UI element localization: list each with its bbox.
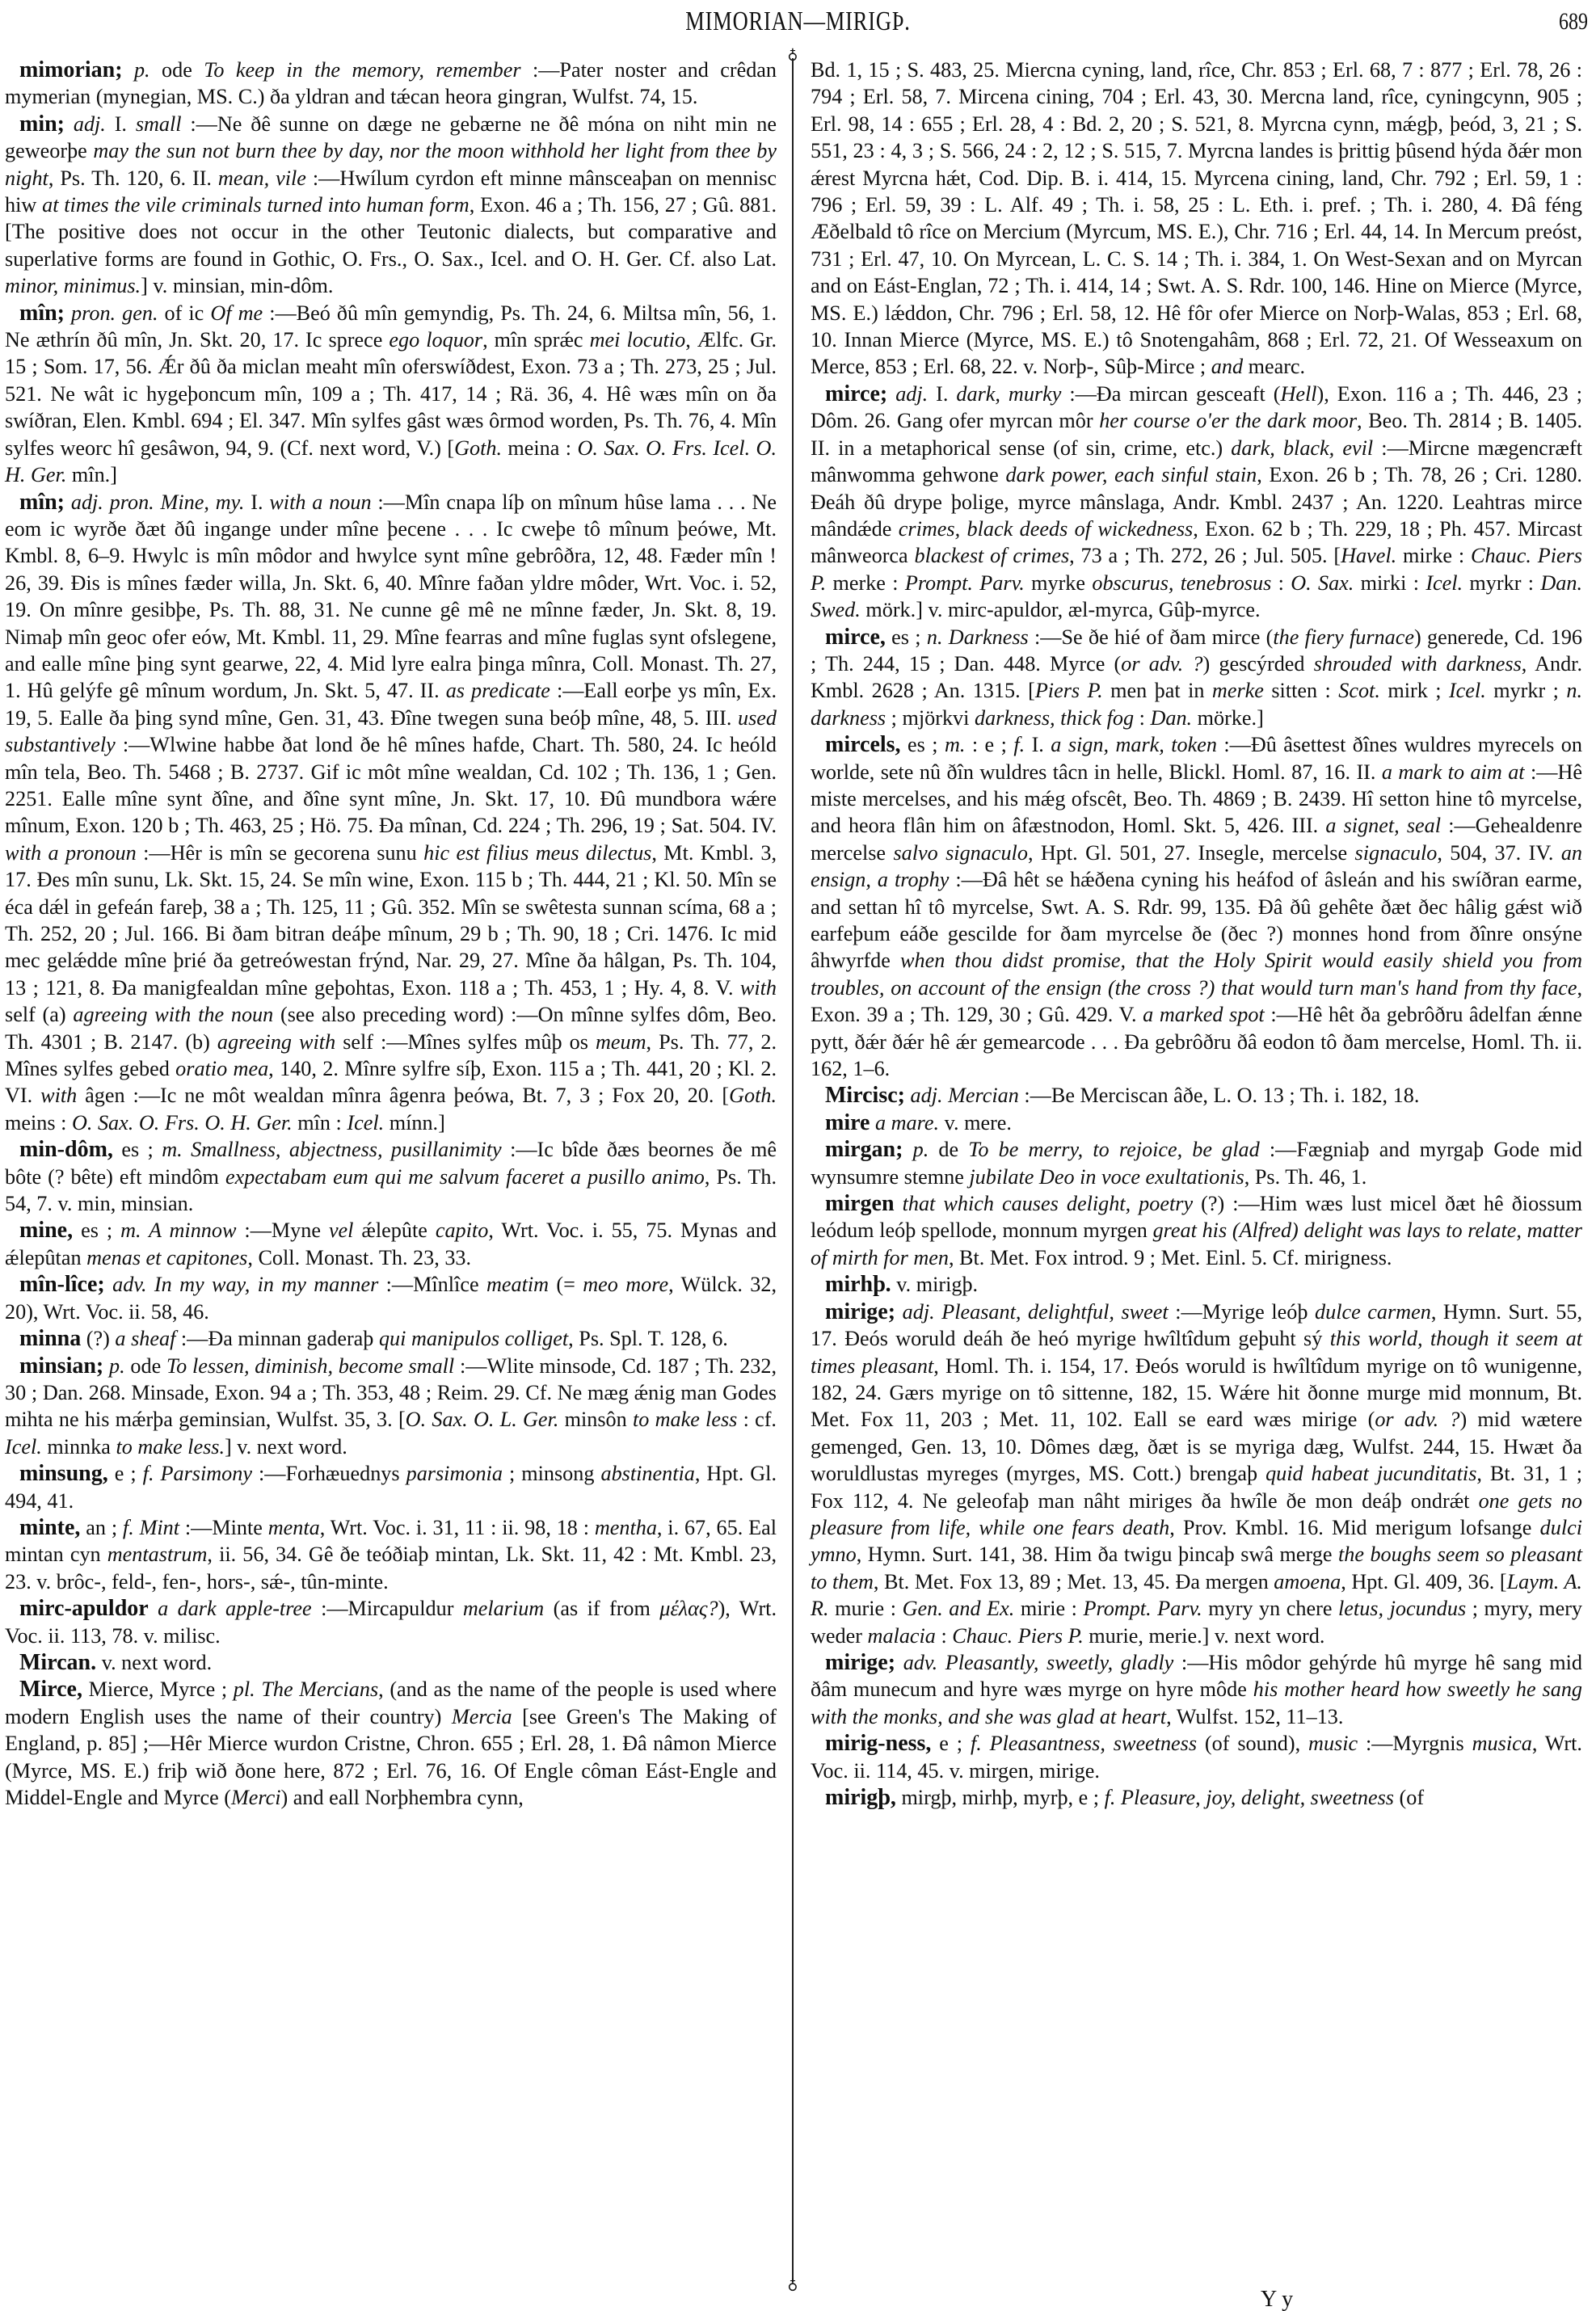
entry-text [887, 382, 895, 406]
entry-text [65, 490, 71, 514]
entry-text: myry yn chere [1202, 1597, 1338, 1620]
dictionary-entry: mircels, es ; m. : e ; f. I. a sign, mar… [811, 731, 1582, 1082]
entry-text: mirgþ, mirhþ, myrþ, e ; [896, 1786, 1105, 1809]
dictionary-entry: Mircisc; adj. Mercian :—Be Merciscan âðe… [811, 1082, 1582, 1109]
italic-gloss: Prompt. Parv. [905, 571, 1025, 595]
entry-text: I. [928, 382, 956, 406]
italic-gloss: a dark apple-tree [158, 1597, 312, 1620]
italic-gloss: music [1308, 1732, 1358, 1755]
italic-gloss: Mercia [452, 1705, 512, 1728]
italic-gloss: oratio mea [175, 1057, 268, 1080]
italic-gloss: quid habeat jucunditatis [1265, 1462, 1476, 1485]
italic-gloss: qui manipulos colliget [379, 1327, 568, 1350]
italic-gloss: to make less [633, 1408, 737, 1431]
entry-text: :—Wlwine habbe ðat lond ðe hê mînes hafd… [5, 733, 777, 837]
italic-gloss: Icel. [5, 1435, 42, 1459]
entry-text: es ; [113, 1138, 162, 1161]
italic-gloss: the fiery furnace [1273, 625, 1414, 649]
entry-text: de [929, 1138, 968, 1161]
italic-gloss: To lessen, diminish, become small [166, 1354, 454, 1378]
headword: mirc-apuldor [19, 1596, 149, 1621]
entry-text: sitten : [1264, 679, 1338, 702]
entry-text: :—Mircapuldur [312, 1597, 463, 1620]
entry-text: (as if from [544, 1597, 659, 1620]
italic-gloss: crimes, black deeds of wickedness [899, 517, 1193, 541]
entry-text [149, 1597, 158, 1620]
signature-mark: Y y [1261, 2287, 1293, 2311]
italic-gloss: adj. pron. Mine, my. [71, 490, 245, 514]
entry-text: , Hpt. Gl. 409, 36. [ [1341, 1570, 1506, 1593]
dictionary-entry: Mirce, Mierce, Myrce ; pl. The Mercians,… [5, 1676, 777, 1811]
entry-text: :—Ða mircan gesceaft ( [1061, 382, 1280, 406]
italic-gloss: obscurus, tenebrosus [1092, 571, 1271, 595]
dictionary-entry: minte, an ; f. Mint :—Minte menta, Wrt. … [5, 1514, 777, 1595]
italic-gloss: p. [109, 1354, 125, 1378]
entry-text: :—Myrige leóþ [1169, 1300, 1315, 1324]
entry-text: , Hpt. Gl. 501, 27. Insegle, mercelse [1028, 841, 1355, 865]
entry-text: , Prov. Kmbl. 16. Mid merigum lofsange [1169, 1516, 1539, 1539]
left-column: mimorian; p. ode To keep in the memory, … [5, 57, 777, 1811]
italic-gloss: with [40, 1084, 77, 1107]
entry-text: Mierce, Myrce ; [82, 1677, 234, 1701]
entry-text: : [1271, 571, 1291, 595]
italic-gloss: pron. gen. [71, 301, 158, 325]
italic-gloss: m. A minnow [120, 1219, 236, 1242]
dictionary-entry: Mircan. v. next word. [5, 1649, 777, 1676]
headword: mirce; [825, 381, 887, 406]
headword: mirce, [825, 625, 886, 650]
italic-gloss: a sheaf [115, 1327, 175, 1350]
italic-gloss: Goth. [729, 1084, 777, 1107]
entry-text: es ; [73, 1219, 120, 1242]
entry-text: I. [1025, 733, 1051, 756]
headword: minsian; [19, 1353, 103, 1379]
right-column: Bd. 1, 15 ; S. 483, 25. Miercna cyning, … [811, 57, 1582, 1811]
italic-gloss: or adv. ? [1375, 1408, 1459, 1431]
entry-text: myrkr ; [1486, 679, 1567, 702]
italic-gloss: expectabam eum qui me salvum faceret a p… [225, 1165, 705, 1189]
entry-text: , Mt. Kmbl. 3, 17. Ðes mîn sunu, Lk. Skt… [5, 841, 777, 1000]
entry-text: mínn.] [384, 1111, 445, 1134]
dictionary-entry: mine, es ; m. A minnow :—Myne vel ǽlepût… [5, 1217, 777, 1271]
entry-text: myrke [1025, 571, 1093, 595]
entry-text: mörke.] [1192, 706, 1264, 730]
entry-text: , Wrt. Voc. i. 31, 11 : ii. 98, 18 : [320, 1516, 595, 1539]
headword: mîn; [19, 490, 65, 515]
italic-gloss: amoena [1274, 1570, 1341, 1593]
italic-gloss: Prompt. Parv. [1083, 1597, 1202, 1620]
italic-gloss: mentha [595, 1516, 657, 1539]
headword: mîn; [19, 301, 65, 326]
entry-text: , Bt. Met. Fox 13, 89 ; Met. 13, 45. Ða … [874, 1570, 1274, 1593]
entry-text: mirki : [1354, 571, 1425, 595]
entry-text: : [1134, 706, 1150, 730]
italic-gloss: Dan. [1150, 706, 1192, 730]
entry-text: âgen :—Ic ne môt wealdan mînra âgenra þe… [77, 1084, 729, 1107]
italic-gloss: malacia [868, 1624, 936, 1648]
page-number: 689 [1559, 8, 1588, 36]
italic-gloss: capito [436, 1219, 488, 1242]
entry-text: , Hymn. Surt. 141, 38. Him ða twigu þinc… [857, 1543, 1338, 1566]
italic-gloss: Goth. [454, 436, 502, 460]
italic-gloss: musica [1472, 1732, 1532, 1755]
entry-text: :—Mîn cnapa líþ on mînum hûse lama . . .… [5, 490, 777, 703]
entry-text: , Bt. Met. Fox introd. 9 ; Met. Einl. 5.… [949, 1246, 1392, 1269]
entry-text: :—Be Merciscan âðe, L. O. 13 ; Th. i. 18… [1019, 1084, 1420, 1107]
italic-gloss: Of me [210, 301, 263, 325]
italic-gloss: meum [596, 1030, 646, 1054]
italic-gloss: agreeing with the noun [73, 1003, 273, 1026]
entry-text: es ; [886, 625, 927, 649]
headword: mirige; [825, 1650, 895, 1675]
entry-text: v. mirigþ. [891, 1273, 978, 1296]
entry-text: mîn.] [66, 463, 117, 486]
italic-gloss: Gen. and Ex. [903, 1597, 1015, 1620]
entry-text: v. next word. [96, 1651, 212, 1674]
entry-text: , Wulfst. 152, 11–13. [1166, 1705, 1343, 1728]
headword: Mircan. [19, 1650, 96, 1675]
italic-gloss: with a pronoun [5, 841, 137, 865]
entry-text: of ic [158, 301, 211, 325]
headword: mirigþ, [825, 1785, 896, 1810]
entry-text: , Coll. Monast. Th. 23, 33. [247, 1246, 471, 1269]
entry-text: self (a) [5, 1003, 73, 1026]
headword: mirig-ness, [825, 1731, 931, 1756]
italic-gloss: f. Mint [123, 1516, 179, 1539]
italic-gloss: O. Sax. [1291, 571, 1354, 595]
entry-text: : e ; [965, 733, 1013, 756]
headword: mircels, [825, 732, 901, 757]
dictionary-entry: mirhþ. v. mirigþ. [811, 1271, 1582, 1298]
italic-gloss: letus, jocundus [1338, 1597, 1466, 1620]
italic-gloss: adv. Pleasantly, sweetly, gladly [903, 1651, 1174, 1674]
entry-text: merke : [826, 571, 905, 595]
entry-text: I. [244, 490, 269, 514]
dictionary-entry: mirigþ, mirgþ, mirhþ, myrþ, e ; f. Pleas… [811, 1784, 1582, 1811]
italic-gloss: signaculo [1355, 841, 1438, 865]
entry-text: :—Mînlîce [378, 1273, 486, 1296]
italic-gloss: vel [329, 1219, 354, 1242]
italic-gloss: that which causes delight, poetry [903, 1192, 1194, 1215]
headword: mirgen [825, 1191, 895, 1216]
italic-gloss: O. Sax. O. L. Ger. [406, 1408, 559, 1431]
italic-gloss: hic est filius meus dilectus [423, 841, 651, 865]
italic-gloss: minor, minimus. [5, 274, 141, 297]
entry-text: :—Forhæuednys [252, 1462, 406, 1485]
italic-gloss: salvo signaculo [893, 841, 1028, 865]
italic-gloss: m. Smallness, abjectness, pusillanimity [162, 1138, 501, 1161]
italic-gloss: pl. The Mercians [234, 1677, 378, 1701]
italic-gloss: agreeing with [217, 1030, 335, 1054]
italic-gloss: adv. In my way, in my manner [112, 1273, 378, 1296]
italic-gloss: adj. Mercian [911, 1084, 1019, 1107]
entry-text [65, 112, 74, 136]
dictionary-entry: mîn; pron. gen. of ic Of me :—Beó ðû mîn… [5, 300, 777, 489]
italic-gloss: dulce carmen [1315, 1300, 1431, 1324]
italic-gloss: adj. [74, 112, 106, 136]
entry-text: mirk ; [1380, 679, 1449, 702]
italic-gloss: darkness, thick fog [975, 706, 1134, 730]
entry-text: , 504, 37. IV. [1437, 841, 1560, 865]
entry-text: ode [150, 58, 204, 82]
italic-gloss: p. [134, 58, 150, 82]
entry-text: ) gescýrded [1202, 652, 1313, 676]
entry-text [123, 58, 134, 82]
entry-text [103, 1354, 109, 1378]
entry-text: an ; [80, 1516, 122, 1539]
entry-text: Bd. 1, 15 ; S. 483, 25. Miercna cyning, … [811, 58, 1582, 378]
entry-text: self :—Mînes sylfes mûþ os [335, 1030, 596, 1054]
italic-gloss: Hell [1280, 382, 1316, 406]
italic-gloss: menta [268, 1516, 320, 1539]
dictionary-entry: Bd. 1, 15 ; S. 483, 25. Miercna cyning, … [811, 57, 1582, 381]
italic-gloss: mei locutio [590, 328, 686, 351]
entry-text: men þat in [1103, 679, 1212, 702]
dictionary-entry: mirgan; p. de To be merry, to rejoice, b… [811, 1136, 1582, 1190]
entry-text [895, 1192, 903, 1215]
entry-text: ; minsong [503, 1462, 601, 1485]
dictionary-entry: mirig-ness, e ; f. Pleasantness, sweetne… [811, 1730, 1582, 1784]
italic-gloss: a signet, seal [1325, 814, 1441, 837]
entry-text: mirke : [1396, 544, 1471, 567]
entry-text: : [936, 1624, 952, 1648]
entry-text: :—Minte [179, 1516, 268, 1539]
italic-gloss: mean, vile [218, 166, 306, 190]
dictionary-entry: mirgen that which causes delight, poetry… [811, 1190, 1582, 1271]
italic-gloss: a marked spot [1143, 1003, 1265, 1026]
entry-text: meina : [502, 436, 578, 460]
headword: minna [19, 1326, 81, 1351]
italic-gloss: Piers P. [1035, 679, 1103, 702]
entry-text: murie, merie.] v. next word. [1084, 1624, 1325, 1648]
entry-text: minnka [42, 1435, 116, 1459]
entry-text: ] v. next word. [225, 1435, 347, 1459]
headword: minsung, [19, 1461, 108, 1486]
italic-gloss: Merci [231, 1786, 281, 1809]
dictionary-entry: mirige; adv. Pleasantly, sweetly, gladly… [811, 1649, 1582, 1730]
entry-text: mörk.] v. mirc-apuldor, æl-myrca, Gûþ-my… [861, 598, 1261, 621]
entry-text: myrkr : [1463, 571, 1540, 595]
italic-gloss: as predicate [446, 679, 550, 702]
headword: mirige; [825, 1299, 895, 1324]
headword: mire [825, 1110, 870, 1135]
dictionary-entry: mîn; adj. pron. Mine, my. I. with a noun… [5, 489, 777, 1137]
italic-gloss: menas et capitones [86, 1246, 247, 1269]
headword: min; [19, 112, 65, 137]
dictionary-entry: mimorian; p. ode To keep in the memory, … [5, 57, 777, 111]
entry-text: ǽlepûte [353, 1219, 435, 1242]
entry-text: , Ps. Th. 120, 6. II. [48, 166, 218, 190]
column-divider-bottom-ornament-icon: ♁ [785, 2277, 800, 2292]
entry-text: :—Myrgnis [1358, 1732, 1472, 1755]
italic-gloss: to make less. [116, 1435, 225, 1459]
dictionary-entry: min-dôm, es ; m. Smallness, abjectness, … [5, 1136, 777, 1217]
italic-gloss: f. Pleasantness, sweetness [971, 1732, 1197, 1755]
italic-gloss: f. Parsimony [143, 1462, 252, 1485]
entry-text: , Ps. Spl. T. 128, 6. [568, 1327, 728, 1350]
entry-text: :—Se ðe hié of ðam mirce ( [1029, 625, 1274, 649]
dictionary-entry: mirce, es ; n. Darkness :—Se ðe hié of ð… [811, 624, 1582, 732]
entry-text: , 73 a ; Th. 272, 26 ; Jul. 505. [ [1069, 544, 1341, 567]
entry-text: mearc. [1243, 355, 1305, 378]
entry-text [895, 1300, 903, 1324]
entry-text: (of [1394, 1786, 1424, 1809]
entry-text: :—Myne [236, 1219, 328, 1242]
italic-gloss: μέλας? [659, 1597, 718, 1620]
italic-gloss: merke [1212, 679, 1264, 702]
italic-gloss: shrouded with darkness [1314, 652, 1522, 676]
italic-gloss: a mark to aim at [1382, 760, 1525, 784]
dictionary-entry: mire a mare. v. mere. [811, 1109, 1582, 1136]
entry-text: mîn : [293, 1111, 347, 1134]
italic-gloss: blackest of crimes [915, 544, 1070, 567]
entry-text [903, 1138, 912, 1161]
italic-gloss: jubilate Deo in voce exultationis [969, 1165, 1244, 1189]
entry-text: ode [125, 1354, 166, 1378]
entry-text [105, 1273, 112, 1296]
entry-text: , Ps. Th. 46, 1. [1244, 1165, 1367, 1189]
entry-text: (?) [81, 1327, 115, 1350]
entry-text: e ; [108, 1462, 143, 1485]
headword: min-dôm, [19, 1137, 113, 1162]
italic-gloss: Havel. [1341, 544, 1396, 567]
italic-gloss: when thou didst promise, that the Holy S… [811, 949, 1582, 999]
headword: mine, [19, 1218, 73, 1243]
italic-gloss: a mare. [875, 1111, 939, 1134]
headword: minte, [19, 1515, 80, 1540]
italic-gloss: dark power, each sinful stain [1006, 463, 1257, 486]
italic-gloss: Scot. [1338, 679, 1380, 702]
entry-text: mirie : [1014, 1597, 1083, 1620]
italic-gloss: To be merry, to rejoice, be glad [968, 1138, 1259, 1161]
entry-text: ] v. minsian, min-dôm. [141, 274, 333, 297]
page-header: MIMORIAN—MIRIGÞ. 689 [0, 6, 1596, 39]
italic-gloss: Chauc. Piers P. [952, 1624, 1083, 1648]
dictionary-entry: mirige; adj. Pleasant, delightful, sweet… [811, 1299, 1582, 1649]
italic-gloss: O. Sax. O. Frs. O. H. Ger. [72, 1111, 293, 1134]
italic-gloss: parsimonia [406, 1462, 503, 1485]
italic-gloss: with a noun [269, 490, 371, 514]
italic-gloss: adj. Pleasant, delightful, sweet [903, 1300, 1169, 1324]
italic-gloss: dark, black, evil [1231, 436, 1373, 460]
dictionary-entry: minna (?) a sheaf :—Ða minnan gaderaþ qu… [5, 1325, 777, 1352]
italic-gloss: f. [1013, 733, 1025, 756]
headword: mirhþ. [825, 1272, 891, 1297]
entry-text [65, 301, 71, 325]
headword: mîn-lîce; [19, 1272, 105, 1297]
headword: Mircisc; [825, 1083, 905, 1108]
italic-gloss: her course o'er the dark moor [1099, 409, 1357, 432]
headword: Mirce, [19, 1677, 82, 1702]
italic-gloss: abstinentia [600, 1462, 694, 1485]
entry-text: e ; [931, 1732, 971, 1755]
entry-text [895, 1651, 903, 1674]
entry-text: I. [106, 112, 136, 136]
entry-text: meins : [5, 1111, 72, 1134]
italic-gloss: Icel. [1425, 571, 1463, 595]
entry-text: (= [549, 1273, 583, 1296]
italic-gloss: a sign, mark, token [1051, 733, 1217, 756]
italic-gloss: small [136, 112, 182, 136]
italic-gloss: with [740, 976, 777, 1000]
dictionary-entry: minsian; p. ode To lessen, diminish, bec… [5, 1353, 777, 1461]
italic-gloss: dark, murky [956, 382, 1061, 406]
column-divider [792, 58, 794, 2282]
running-head: MIMORIAN—MIRIGÞ. [175, 6, 1421, 37]
entry-text: ) and eall Norþhembra cynn, [281, 1786, 524, 1809]
italic-gloss: f. Pleasure, joy, delight, sweetness [1105, 1786, 1394, 1809]
italic-gloss: at times the vile criminals turned into … [42, 193, 470, 217]
italic-gloss: mentastrum [107, 1543, 208, 1566]
entry-text: :—Hêr is mîn se gecorena sunu [137, 841, 423, 865]
entry-text: minsôn [558, 1408, 633, 1431]
dictionary-entry: mirce; adj. I. dark, murky :—Ða mircan g… [811, 381, 1582, 624]
dictionary-entry: min; adj. I. small :—Ne ðê sunne on dæge… [5, 111, 777, 300]
dictionary-entry: mirc-apuldor a dark apple-tree :—Mircapu… [5, 1595, 777, 1649]
entry-text: : cf. [737, 1408, 777, 1431]
entry-text: , mîn sprǽc [482, 328, 590, 351]
italic-gloss: Icel. [347, 1111, 384, 1134]
italic-gloss: meo more [583, 1273, 668, 1296]
headword: mimorian; [19, 57, 123, 82]
entry-text: v. mere. [939, 1111, 1012, 1134]
italic-gloss: ego loquor [389, 328, 482, 351]
italic-gloss: Icel. [1449, 679, 1486, 702]
italic-gloss: or adv. ? [1121, 652, 1202, 676]
italic-gloss: meatim [486, 1273, 549, 1296]
italic-gloss: melarium [463, 1597, 544, 1620]
italic-gloss: and [1211, 355, 1243, 378]
dictionary-entry: minsung, e ; f. Parsimony :—Forhæuednys … [5, 1460, 777, 1514]
italic-gloss: p. [913, 1138, 929, 1161]
entry-text: murie : [829, 1597, 903, 1620]
entry-text: ; mjörkvi [886, 706, 975, 730]
italic-gloss: adj. [895, 382, 928, 406]
entry-text: es ; [901, 733, 945, 756]
headword: mirgan; [825, 1137, 903, 1162]
italic-gloss: n. Darkness [927, 625, 1029, 649]
entry-text: :—Ða minnan gaderaþ [175, 1327, 379, 1350]
dictionary-entry: mîn-lîce; adv. In my way, in my manner :… [5, 1271, 777, 1325]
italic-gloss: To keep in the memory, remember [204, 58, 520, 82]
entry-text: (of sound), [1197, 1732, 1308, 1755]
italic-gloss: m. [945, 733, 965, 756]
